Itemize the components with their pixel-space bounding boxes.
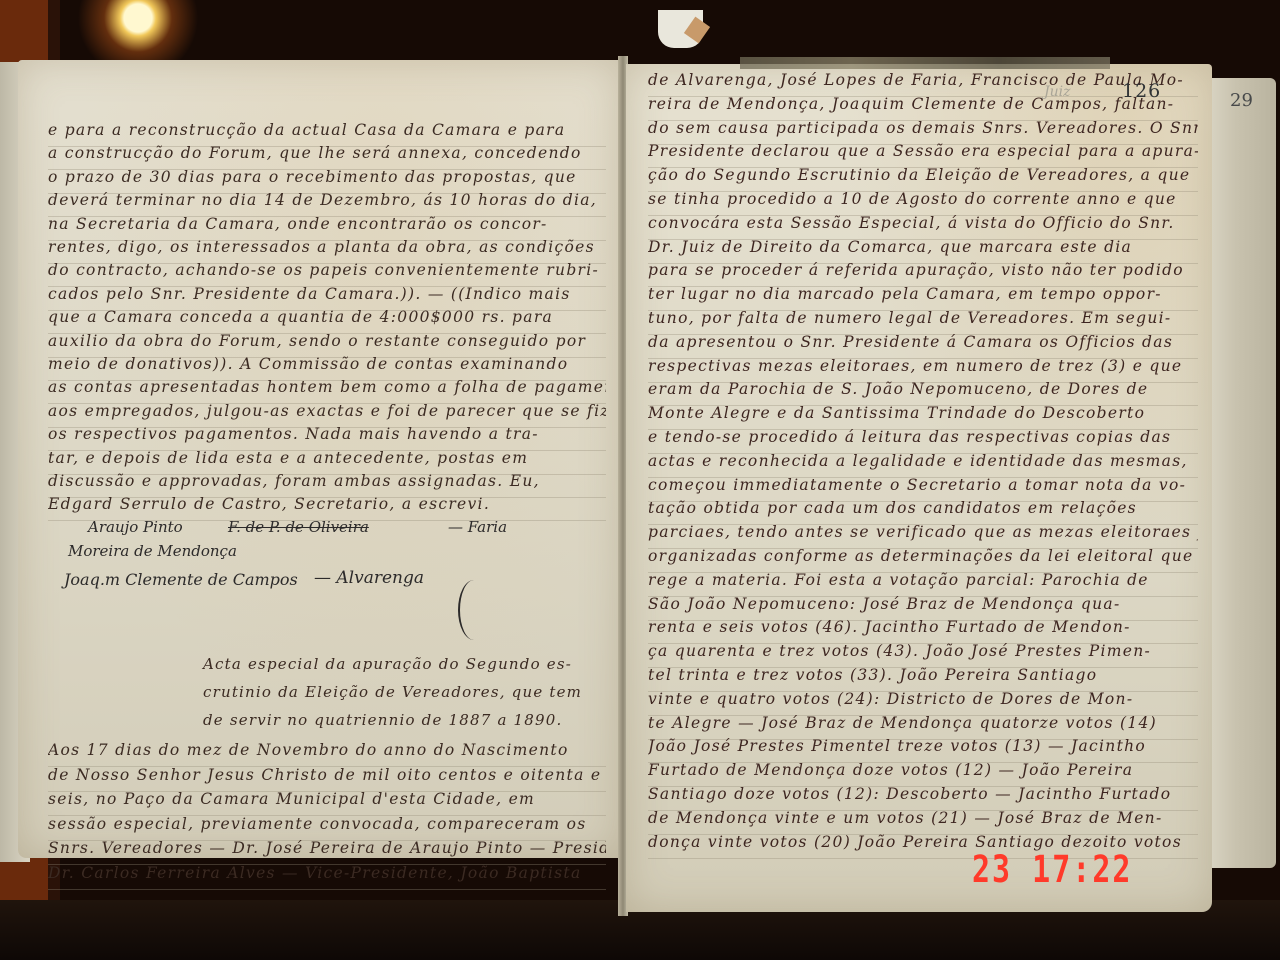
paper-scrap xyxy=(658,10,703,48)
camera-timestamp: 23 17:22 xyxy=(972,848,1133,892)
right-page: de Alvarenga, José Lopes de Faria, Franc… xyxy=(626,64,1212,912)
underlying-page-number: 29 xyxy=(1230,90,1253,111)
right-page-stack xyxy=(1210,78,1276,868)
pencil-annotation: Juiz xyxy=(1044,84,1070,100)
handwritten-line: Dr. Carlos Ferreira Alves — Vice-Preside… xyxy=(48,857,606,890)
damaged-page-edge xyxy=(740,57,1110,69)
right-page-text: de Alvarenga, José Lopes de Faria, Franc… xyxy=(626,64,1212,912)
left-page-body2: Aos 17 dias do mez de Novembro do anno d… xyxy=(18,60,620,858)
page-number: 126 xyxy=(1122,80,1161,102)
left-page: e para a reconstrucção da actual Casa da… xyxy=(18,60,620,858)
